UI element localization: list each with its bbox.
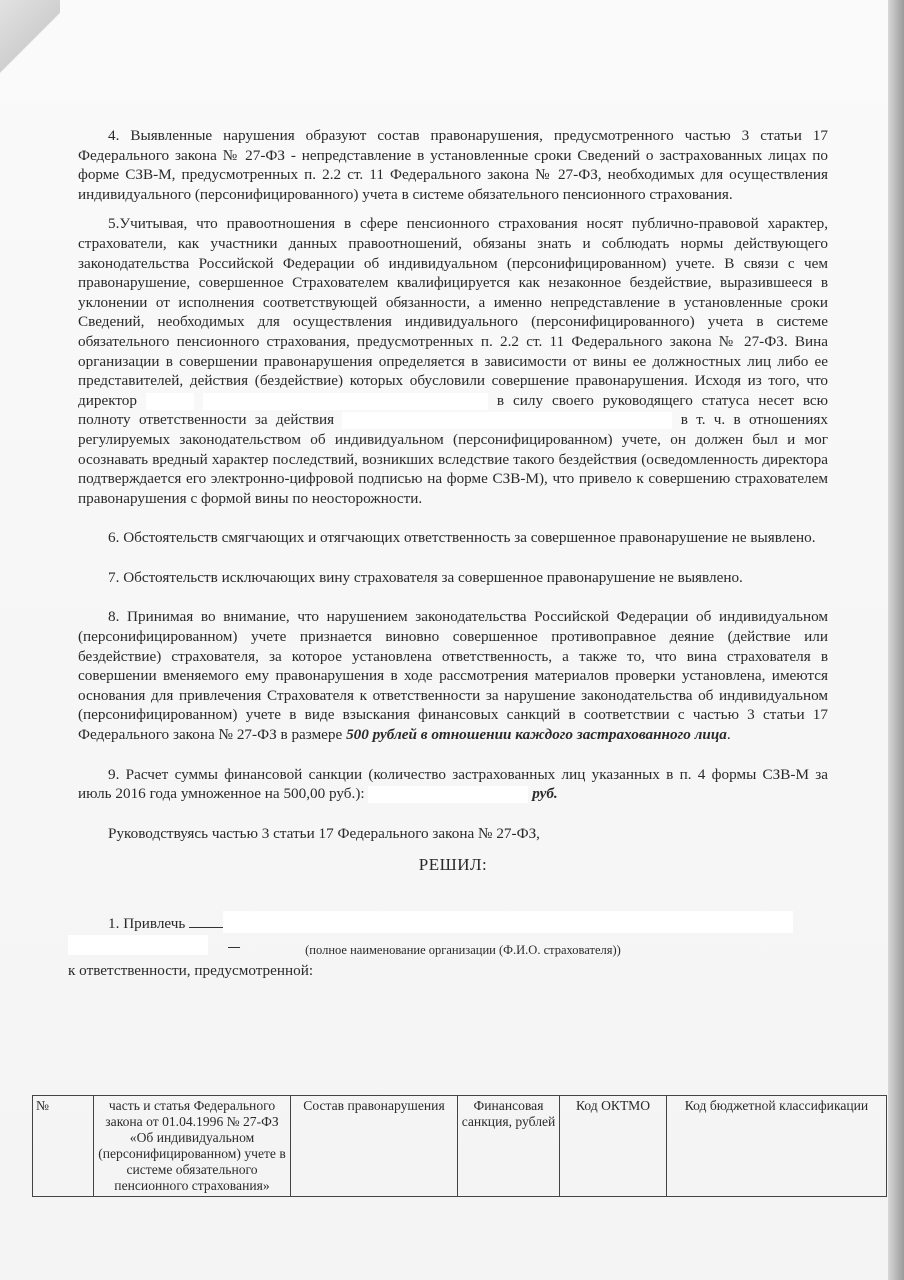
redacted-organization-full-name [223,911,793,933]
decision-item-1-label: 1. Привлечь [78,915,185,932]
scanned-page: 4. Выявленные нарушения образуют состав … [0,0,888,1280]
header-oktmo: Код ОКТМО [560,1096,667,1197]
redacted-director-name [146,393,194,410]
paragraph-8: 8. Принимая во внимание, что нарушением … [78,607,828,744]
sanctions-table: № часть и статья Федерального закона от … [32,1095,887,1197]
decision-item-1: 1. Привлечь [78,913,828,935]
paragraph-9-unit: руб. [532,785,558,802]
paragraph-4: 4. Выявленные нарушения образуют состав … [78,126,828,204]
paragraph-6: 6. Обстоятельств смягчающих и отягчающих… [78,528,828,548]
redacted-director-name-cont [203,393,488,410]
header-sanction: Финансовая санкция, рублей [458,1096,560,1197]
redacted-organization-name-cont [68,935,208,955]
document-body: 4. Выявленные нарушения образуют состав … [78,126,828,981]
decision-heading: РЕШИЛ: [78,855,828,875]
folded-corner [0,0,60,100]
header-number: № [33,1096,94,1197]
scan-edge-shadow [888,0,904,1280]
paragraph-5: 5.Учитывая, что правоотношения в сфере п… [78,214,828,508]
guided-by-statement: Руководствуясь частью 3 статьи 17 Федера… [78,824,828,844]
paragraph-8-emphasis: 500 рублей в отношении каждого застрахов… [346,726,727,743]
decision-item-1-tail: к ответственности, предусмотренной: [68,961,828,981]
redacted-organization-name [342,412,672,429]
header-law-article: часть и статья Федерального закона от 01… [94,1096,291,1197]
paragraph-9: 9. Расчет суммы финансовой санкции (коли… [78,765,828,804]
header-kbk: Код бюджетной классификации [667,1096,887,1197]
paragraph-7: 7. Обстоятельств исключающих вину страхо… [78,568,828,588]
redacted-sanction-amount [368,786,528,803]
table-header-row: № часть и статья Федерального закона от … [33,1096,887,1197]
underline-dash [228,933,240,948]
header-offense: Состав правонарушения [291,1096,458,1197]
paragraph-8-end: . [727,726,731,743]
paragraph-5-part1: 5.Учитывая, что правоотношения в сфере п… [78,215,828,408]
paragraph-8-main: 8. Принимая во внимание, что нарушением … [78,608,828,743]
